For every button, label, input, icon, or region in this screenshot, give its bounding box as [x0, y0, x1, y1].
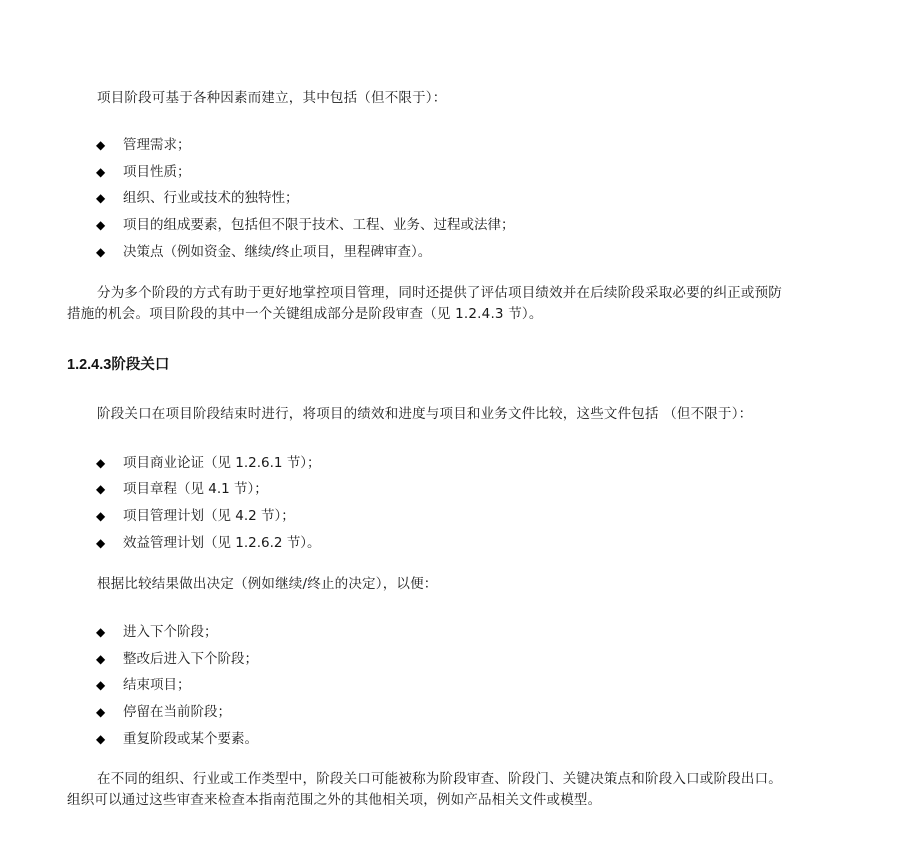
- list-item: ◆ 项目管理计划（见 4.2 节）；: [96, 506, 295, 526]
- diamond-bullet-icon: ◆: [96, 162, 110, 182]
- paragraph-line: 措施的机会。项目阶段的其中一个关键组成部分是阶段审查（见 1.2.4.3 节）。: [67, 304, 543, 324]
- list-item: ◆ 项目商业论证（见 1.2.6.1 节）；: [96, 453, 321, 473]
- list-item: ◆ 重复阶段或某个要素。: [96, 729, 258, 749]
- list-item-text: 结束项目；: [123, 675, 191, 695]
- diamond-bullet-icon: ◆: [96, 675, 110, 695]
- diamond-bullet-icon: ◆: [96, 453, 110, 473]
- list-item-text: 整改后进入下个阶段；: [123, 649, 258, 669]
- list-item: ◆ 管理需求；: [96, 135, 191, 155]
- gate-intro: 阶段关口在项目阶段结束时进行，将项目的绩效和进度与项目和业务文件比较，这些文件包…: [97, 404, 752, 424]
- diamond-bullet-icon: ◆: [96, 729, 110, 749]
- diamond-bullet-icon: ◆: [96, 506, 110, 526]
- diamond-bullet-icon: ◆: [96, 188, 110, 208]
- list-item: ◆ 停留在当前阶段；: [96, 702, 231, 722]
- list-item-text: 管理需求；: [123, 135, 191, 155]
- list-item: ◆ 决策点（例如资金、继续/终止项目，里程碑审查）。: [96, 242, 431, 262]
- document-page: 项目阶段可基于各种因素而建立，其中包括（但不限于）： ◆ 管理需求； ◆ 项目性…: [0, 0, 897, 844]
- list-item: ◆ 结束项目；: [96, 675, 191, 695]
- list-item-text: 项目性质；: [123, 162, 191, 182]
- list-item-text: 项目管理计划（见 4.2 节）；: [123, 506, 295, 526]
- paragraph-line: 组织可以通过这些审查来检查本指南范围之外的其他相关项，例如产品相关文件或模型。: [67, 790, 601, 810]
- list-item-text: 项目商业论证（见 1.2.6.1 节）；: [123, 453, 321, 473]
- list-item-text: 效益管理计划（见 1.2.6.2 节）。: [123, 533, 321, 553]
- list-item-text: 重复阶段或某个要素。: [123, 729, 258, 749]
- list-item: ◆ 进入下个阶段；: [96, 622, 218, 642]
- diamond-bullet-icon: ◆: [96, 215, 110, 235]
- paragraph-line: 分为多个阶段的方式有助于更好地掌控项目管理，同时还提供了评估项目绩效并在后续阶段…: [97, 283, 782, 303]
- diamond-bullet-icon: ◆: [96, 622, 110, 642]
- diamond-bullet-icon: ◆: [96, 649, 110, 669]
- list-item: ◆ 项目章程（见 4.1 节）；: [96, 479, 268, 499]
- section-heading: 1.2.4.3阶段关口: [67, 355, 169, 375]
- list-item: ◆ 项目的组成要素，包括但不限于技术、工程、业务、过程或法律；: [96, 215, 515, 235]
- list-item-text: 进入下个阶段；: [123, 622, 218, 642]
- paragraph-line: 在不同的组织、行业或工作类型中，阶段关口可能被称为阶段审查、阶段门、关键决策点和…: [97, 769, 782, 789]
- list-item-text: 停留在当前阶段；: [123, 702, 231, 722]
- diamond-bullet-icon: ◆: [96, 135, 110, 155]
- factors-intro: 项目阶段可基于各种因素而建立，其中包括（但不限于）：: [97, 88, 446, 108]
- diamond-bullet-icon: ◆: [96, 702, 110, 722]
- list-item-text: 项目的组成要素，包括但不限于技术、工程、业务、过程或法律；: [123, 215, 515, 235]
- list-item: ◆ 项目性质；: [96, 162, 191, 182]
- diamond-bullet-icon: ◆: [96, 533, 110, 553]
- diamond-bullet-icon: ◆: [96, 242, 110, 262]
- list-item-text: 项目章程（见 4.1 节）；: [123, 479, 268, 499]
- list-item-text: 组织、行业或技术的独特性；: [123, 188, 299, 208]
- list-item-text: 决策点（例如资金、继续/终止项目，里程碑审查）。: [123, 242, 431, 262]
- list-item: ◆ 整改后进入下个阶段；: [96, 649, 258, 669]
- diamond-bullet-icon: ◆: [96, 479, 110, 499]
- list-item: ◆ 效益管理计划（见 1.2.6.2 节）。: [96, 533, 321, 553]
- decision-intro: 根据比较结果做出决定（例如继续/终止的决定），以便：: [97, 574, 438, 594]
- list-item: ◆ 组织、行业或技术的独特性；: [96, 188, 299, 208]
